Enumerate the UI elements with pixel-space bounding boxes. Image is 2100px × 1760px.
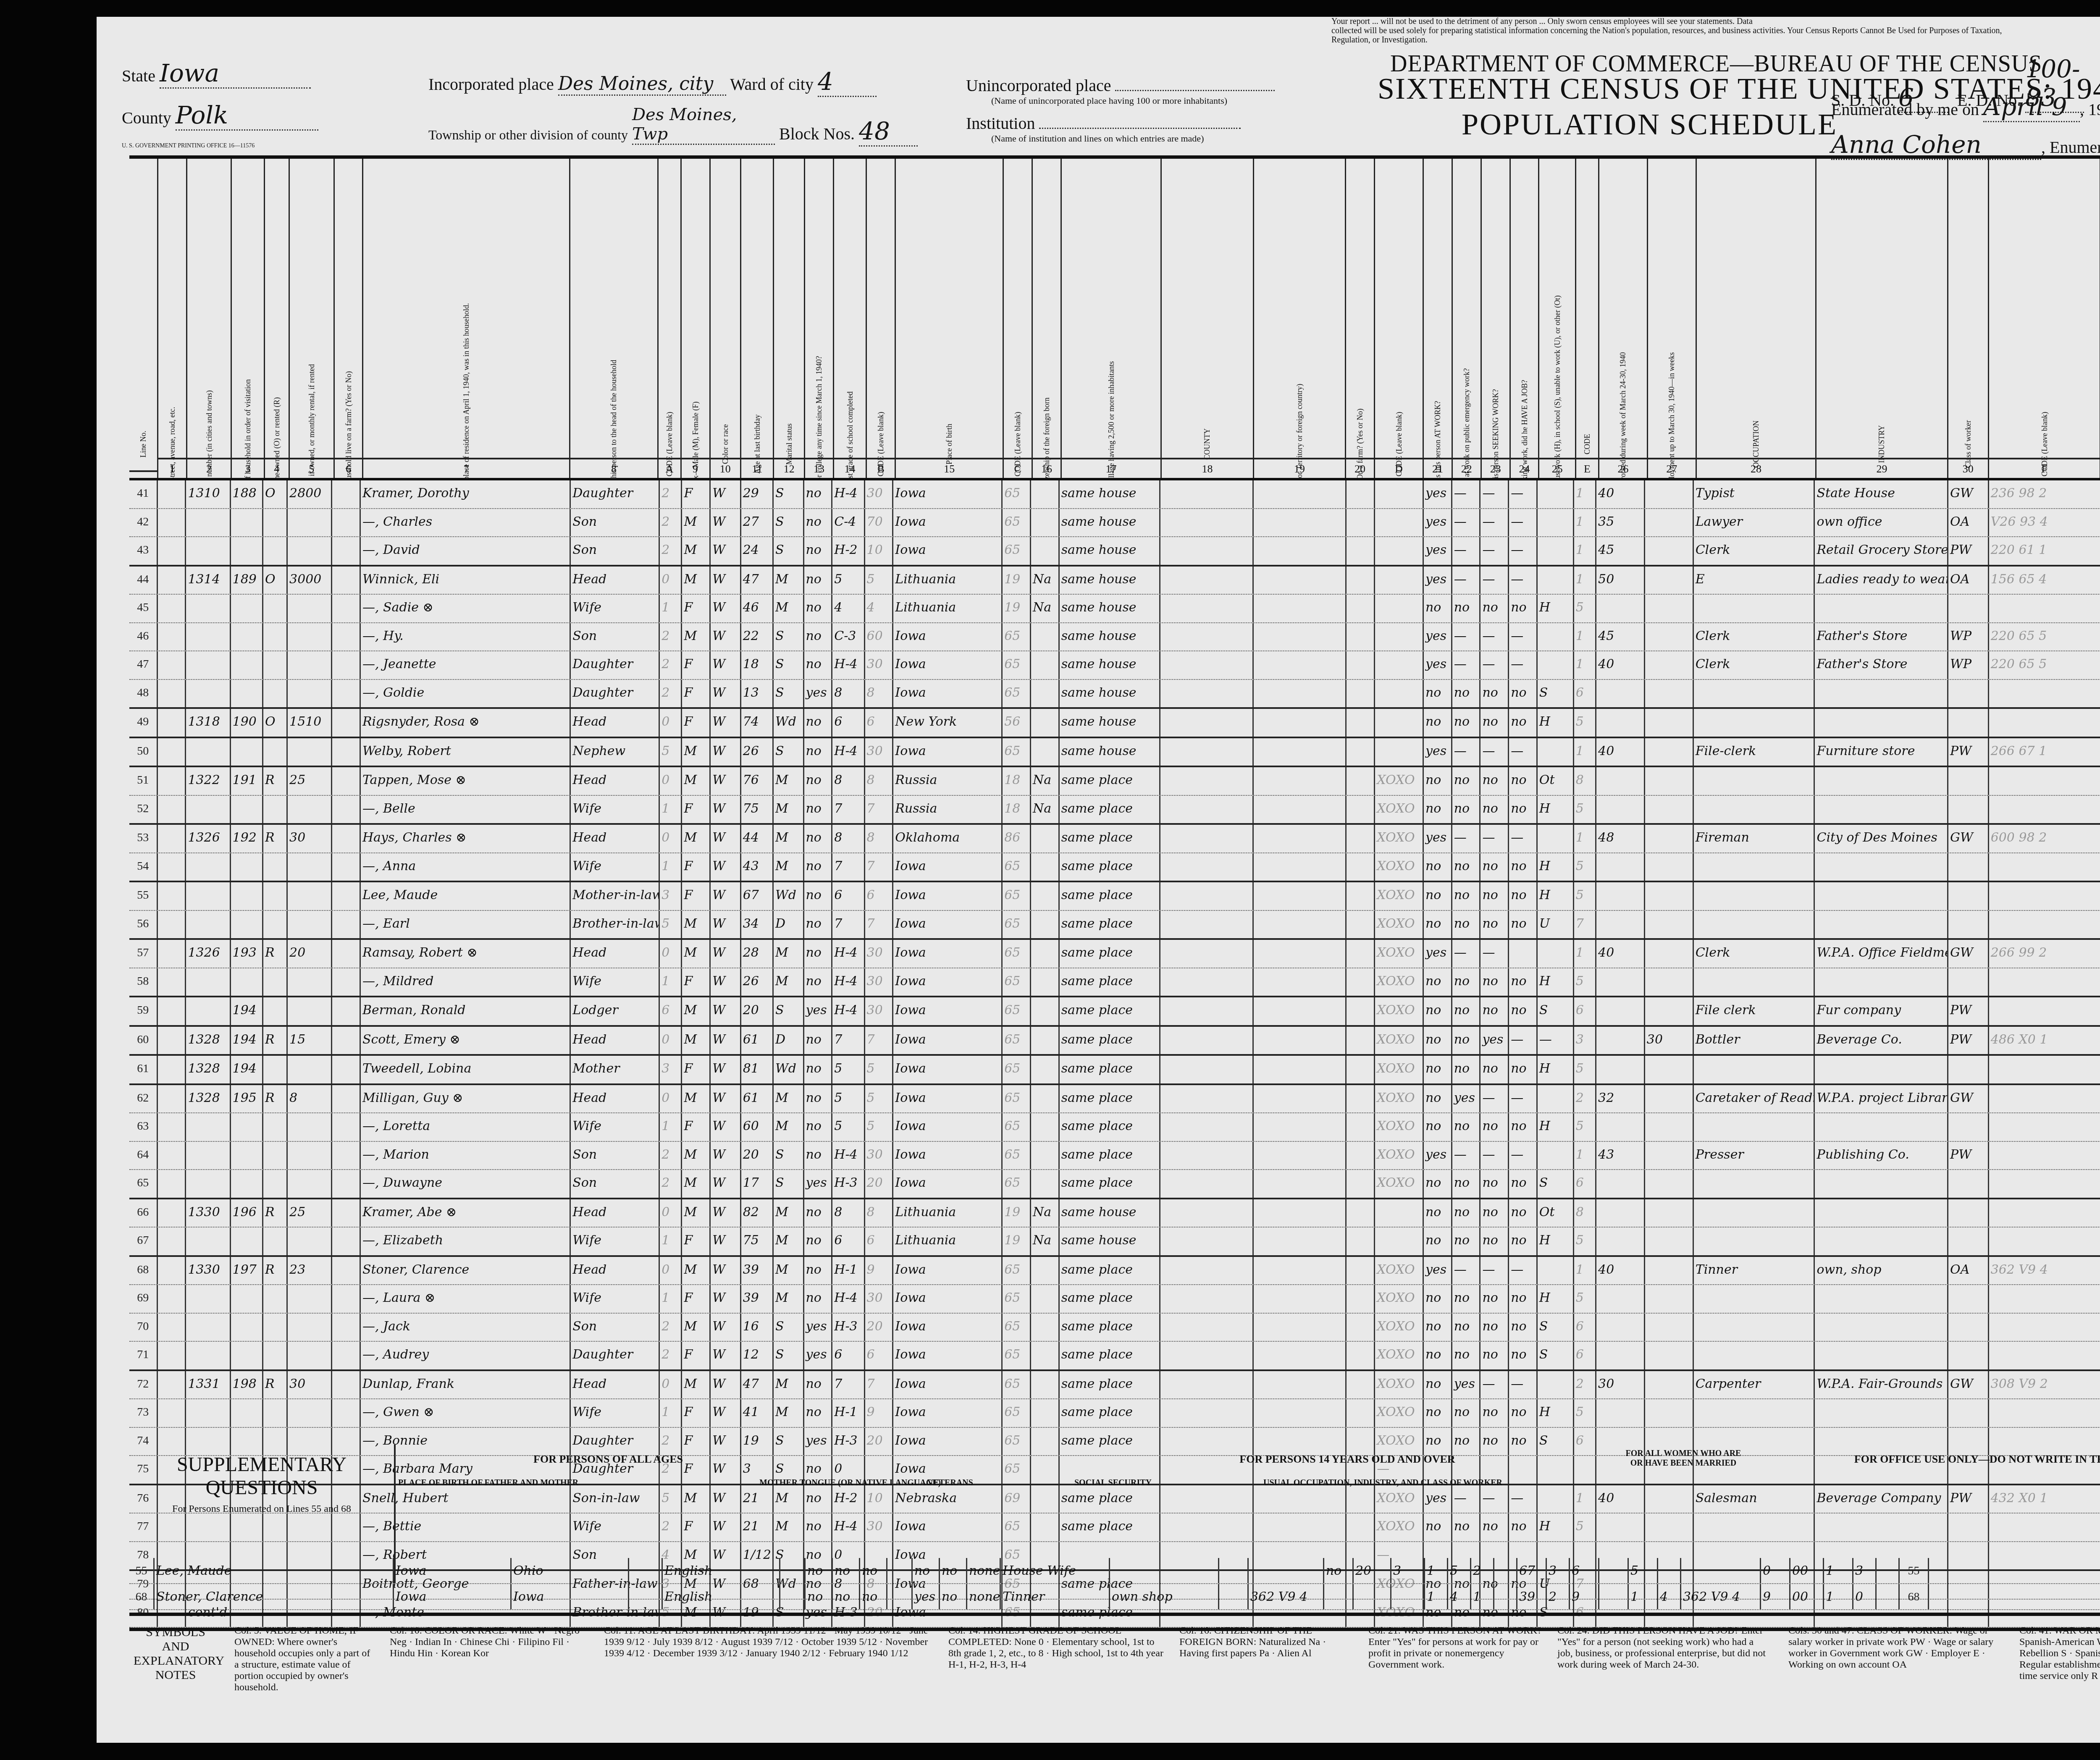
supp-cell-k: 1 <box>1425 1558 1448 1583</box>
cell-line: 43 <box>129 537 158 565</box>
cell-grade: 6 <box>832 1228 865 1255</box>
cell-street <box>158 1142 186 1170</box>
supp-cell-x: 1 <box>1824 1584 1853 1609</box>
cell-blank <box>1347 1342 1375 1369</box>
cell-codeE: 1 <box>1574 940 1596 968</box>
cell-name: Welby, Robert <box>361 738 571 766</box>
cell-codeD: XOXO <box>1375 940 1424 968</box>
cell-c23: no <box>1480 1399 1509 1427</box>
cell-cit <box>1031 1085 1060 1113</box>
cell-hrs <box>1596 882 1645 910</box>
cell-hh: 194 <box>231 997 263 1025</box>
cell-sex: M <box>682 825 711 852</box>
supp-cell-c47 <box>1219 1558 1249 1583</box>
cell-street <box>158 1314 186 1341</box>
state-field: State Iowa <box>122 59 311 89</box>
cell-race: W <box>711 1142 741 1170</box>
cell-c22: — <box>1452 940 1481 968</box>
cell-c25 <box>1538 623 1574 651</box>
cell-street <box>158 567 186 594</box>
cell-hrs <box>1596 968 1645 996</box>
cell-blank <box>1347 853 1375 881</box>
cell-blank <box>1347 709 1375 737</box>
cell-blank <box>1254 767 1347 795</box>
cell-value <box>288 911 332 939</box>
column-header-11: Age at last birthday11 <box>741 159 774 478</box>
cell-unemp <box>1645 567 1694 594</box>
cell-house <box>186 911 231 939</box>
cell-codeC: 65 <box>1003 968 1031 996</box>
cell-birth: Iowa <box>893 1170 1003 1198</box>
cell-ind <box>1815 911 1948 939</box>
cell-codeD <box>1375 680 1424 708</box>
population-table: Line No.Street, avenue, road, etc.1House… <box>129 155 2100 1631</box>
cell-age: 16 <box>741 1314 774 1341</box>
cell-mar: S <box>774 537 804 565</box>
cell-c22: — <box>1452 480 1481 508</box>
cell-c23: — <box>1480 1371 1509 1399</box>
column-header-28: OCCUPATION28 <box>1697 159 1816 478</box>
cell-codeE: 5 <box>1574 1228 1596 1255</box>
cell-blank <box>1347 623 1375 651</box>
note-col16: Col. 16. CITIZENSHIP OF THE FOREIGN BORN… <box>1179 1625 1347 1659</box>
cell-grade: 6 <box>832 882 865 910</box>
cell-name: —, Charles <box>361 509 571 537</box>
cell-sex: F <box>682 595 711 622</box>
supp-cell-c40: no <box>833 1558 860 1583</box>
cell-cls: PW <box>1948 1027 1989 1054</box>
cell-blank <box>1160 1199 1254 1227</box>
cell-c21: no <box>1424 997 1452 1025</box>
cell-value: 30 <box>288 1371 332 1399</box>
cell-blank <box>1347 1142 1375 1170</box>
supp-cell-c48 <box>1324 1584 1354 1609</box>
cell-race: W <box>711 1314 741 1341</box>
supp-cell-blank <box>629 1558 663 1583</box>
cell-name: —, Elizabeth <box>361 1228 571 1255</box>
cell-rel: Nephew <box>571 738 660 766</box>
cell-age: 47 <box>741 567 774 594</box>
cell-blank <box>1254 595 1347 622</box>
cell-house <box>186 882 231 910</box>
cell-cit <box>1031 1342 1060 1369</box>
cell-occ <box>1694 709 1815 737</box>
cell-occ <box>1694 911 1815 939</box>
cell-line: 62 <box>129 1085 158 1113</box>
table-row: 491318190O1510Rigsnyder, Rosa ⊗Head0FW74… <box>129 709 2100 738</box>
cell-sex: M <box>682 940 711 968</box>
cell-rel: Son <box>571 537 660 565</box>
cell-c21: no <box>1424 1399 1452 1427</box>
cell-house <box>186 1228 231 1255</box>
column-header-1: Street, avenue, road, etc.1 <box>158 159 187 478</box>
supp-cell-blank <box>629 1584 663 1609</box>
cell-blank <box>1254 651 1347 679</box>
cell-c24: — <box>1509 1257 1538 1285</box>
cell-rel: Mother <box>571 1056 660 1083</box>
cell-codeA: 3 <box>660 882 682 910</box>
cell-sex: F <box>682 796 711 824</box>
cell-codeE: 1 <box>1574 537 1596 565</box>
cell-grade: 5 <box>832 1085 865 1113</box>
cell-res: same house <box>1060 623 1161 651</box>
cell-grade: 8 <box>832 767 865 795</box>
cell-c24: no <box>1509 997 1538 1025</box>
cell-occ: E <box>1694 567 1815 594</box>
cell-birth: Iowa <box>893 853 1003 881</box>
cell-blank <box>1347 1027 1375 1054</box>
table-row: 531326192R30Hays, Charles ⊗Head0MW44Mno8… <box>129 825 2100 853</box>
cell-grade: 5 <box>832 1056 865 1083</box>
cell-mar: M <box>774 767 804 795</box>
cell-codeD: XOXO <box>1375 968 1424 996</box>
cell-hrs: 48 <box>1596 825 1645 852</box>
cell-hh <box>231 680 263 708</box>
cell-sch: no <box>804 796 833 824</box>
cell-name: Berman, Ronald <box>361 997 571 1025</box>
cell-cls: PW <box>1948 997 1989 1025</box>
cell-blank <box>1254 1113 1347 1141</box>
cell-c24: no <box>1509 1314 1538 1341</box>
cell-c21: yes <box>1424 940 1452 968</box>
cell-street <box>158 1027 186 1054</box>
cell-c21: no <box>1424 1285 1452 1313</box>
cell-race: W <box>711 480 741 508</box>
cell-street <box>158 882 186 910</box>
cell-house <box>186 997 231 1025</box>
cell-cit <box>1031 1371 1060 1399</box>
supp-cell-mother: Ohio <box>512 1558 629 1583</box>
cell-sch: no <box>804 1257 833 1285</box>
cell-unemp <box>1645 651 1694 679</box>
cell-name: —, Hy. <box>361 623 571 651</box>
cell-codeC: 65 <box>1003 623 1031 651</box>
cell-age: 18 <box>741 651 774 679</box>
cell-codeA: 3 <box>660 1056 682 1083</box>
supp-cell-father: Iowa <box>394 1558 512 1583</box>
column-header-30: Class of worker30 <box>1948 159 1989 478</box>
supp-cell-j <box>1249 1558 1324 1583</box>
cell-c25: S <box>1538 1314 1574 1341</box>
cell-codeC: 65 <box>1003 1142 1031 1170</box>
cell-grade: 7 <box>832 911 865 939</box>
cell-blank <box>1347 1257 1375 1285</box>
table-row: 621328195R8Milligan, Guy ⊗Head0MW61Mno55… <box>129 1085 2100 1114</box>
cell-codeA: 0 <box>660 1027 682 1054</box>
cell-codeA: 2 <box>660 680 682 708</box>
cell-cls: WP <box>1948 651 1989 679</box>
cell-ind <box>1815 709 1948 737</box>
cell-codeA: 2 <box>660 623 682 651</box>
cell-hrs <box>1596 709 1645 737</box>
cell-codeC: 65 <box>1003 1170 1031 1198</box>
cell-value <box>288 595 332 622</box>
cell-own <box>263 1399 288 1427</box>
cell-res: same place <box>1060 1399 1161 1427</box>
cell-farm <box>332 738 361 766</box>
cell-age: 44 <box>741 825 774 852</box>
cell-age: 13 <box>741 680 774 708</box>
cell-line: 57 <box>129 940 158 968</box>
cell-cit <box>1031 1399 1060 1427</box>
cell-c21: no <box>1424 709 1452 737</box>
cell-c24: no <box>1509 680 1538 708</box>
cell-codeD: XOXO <box>1375 911 1424 939</box>
cell-name: —, Loretta <box>361 1113 571 1141</box>
cell-hrs <box>1596 767 1645 795</box>
cell-sex: M <box>682 1199 711 1227</box>
cell-blank <box>1254 537 1347 565</box>
cell-codeB: 60 <box>865 623 894 651</box>
cell-blank <box>1160 738 1254 766</box>
cell-res: same place <box>1060 1170 1161 1198</box>
cell-c23: no <box>1480 997 1509 1025</box>
cell-c23: no <box>1480 853 1509 881</box>
cell-blank <box>1254 853 1347 881</box>
cell-age: 60 <box>741 1113 774 1141</box>
cell-birth: Iowa <box>893 1371 1003 1399</box>
cell-codeA: 1 <box>660 1113 682 1141</box>
cell-blank <box>1254 882 1347 910</box>
cell-farm <box>332 1399 361 1427</box>
cell-own: R <box>263 1085 288 1113</box>
cell-codeF: 236 98 2 <box>1989 480 2100 508</box>
cell-birth: Iowa <box>893 738 1003 766</box>
supp-cell-t <box>1658 1558 1681 1583</box>
table-row: 73—, Gwen ⊗Wife1FW41MnoH-19Iowa65same pl… <box>129 1399 2100 1428</box>
cell-birth: Iowa <box>893 1342 1003 1369</box>
cell-codeD <box>1375 595 1424 622</box>
cell-sch: no <box>804 1085 833 1113</box>
cell-cit: Na <box>1031 567 1060 594</box>
cell-mar: S <box>774 623 804 651</box>
cell-blank <box>1160 480 1254 508</box>
cell-cls: OA <box>1948 1257 1989 1285</box>
cell-occ <box>1694 1199 1815 1227</box>
cell-hrs: 40 <box>1596 940 1645 968</box>
cell-mar: Wd <box>774 882 804 910</box>
cell-c25: H <box>1538 595 1574 622</box>
cell-codeA: 0 <box>660 1257 682 1285</box>
cell-c22: no <box>1452 1342 1481 1369</box>
cell-value <box>288 1399 332 1427</box>
cell-res: same place <box>1060 1056 1161 1083</box>
cell-sex: F <box>682 709 711 737</box>
cell-c24: — <box>1509 1371 1538 1399</box>
cell-occ <box>1694 1285 1815 1313</box>
cell-hrs: 43 <box>1596 1142 1645 1170</box>
cell-house <box>186 738 231 766</box>
cell-sch: no <box>804 738 833 766</box>
note-col14: Col. 14. HIGHEST GRADE OF SCHOOL COMPLET… <box>948 1625 1167 1671</box>
cell-race: W <box>711 911 741 939</box>
cell-own <box>263 1228 288 1255</box>
cell-hh: 195 <box>231 1085 263 1113</box>
cell-sch: yes <box>804 997 833 1025</box>
cell-house <box>186 968 231 996</box>
cell-sex: M <box>682 1027 711 1054</box>
cell-unemp <box>1645 1170 1694 1198</box>
cell-c21: no <box>1424 680 1452 708</box>
cell-c23: — <box>1480 509 1509 537</box>
cell-age: 12 <box>741 1342 774 1369</box>
cell-codeD <box>1375 1199 1424 1227</box>
cell-line: 64 <box>129 1142 158 1170</box>
supp-cell-c41: no <box>860 1558 887 1583</box>
cell-race: W <box>711 709 741 737</box>
cell-sch: no <box>804 651 833 679</box>
cell-hh <box>231 509 263 537</box>
cell-codeA: 2 <box>660 537 682 565</box>
supp-cell-c44: none <box>967 1558 1001 1583</box>
cell-unemp <box>1645 1257 1694 1285</box>
supp-cell-q: 6 <box>1570 1558 1599 1583</box>
table-row: 611328194Tweedell, LobinaMother3FW81Wdno… <box>129 1056 2100 1085</box>
cell-sch: no <box>804 767 833 795</box>
cell-c23: — <box>1480 537 1509 565</box>
cell-grade: 5 <box>832 567 865 594</box>
cell-c22: no <box>1452 680 1481 708</box>
cell-rel: Wife <box>571 595 660 622</box>
supp-cell-z <box>1877 1584 1900 1609</box>
cell-house: 1330 <box>186 1257 231 1285</box>
cell-race: W <box>711 1257 741 1285</box>
cell-blank <box>1254 1142 1347 1170</box>
cell-codeE: 1 <box>1574 623 1596 651</box>
cell-race: W <box>711 796 741 824</box>
cell-codeA: 2 <box>660 651 682 679</box>
cell-farm <box>332 1056 361 1083</box>
cell-codeF <box>1989 595 2100 622</box>
cell-rel: Head <box>571 709 660 737</box>
cell-codeA: 2 <box>660 1170 682 1198</box>
cell-blank <box>1347 1314 1375 1341</box>
supp-cell-blank <box>780 1558 806 1583</box>
supp-cell-n <box>1494 1558 1517 1583</box>
cell-hrs: 40 <box>1596 1257 1645 1285</box>
supp-cell-r <box>1599 1558 1629 1583</box>
cell-own <box>263 623 288 651</box>
cell-sch: no <box>804 623 833 651</box>
cell-ind: own, shop <box>1815 1257 1948 1285</box>
column-header-8: Relationship of this person to the head … <box>570 159 659 478</box>
cell-value <box>288 623 332 651</box>
cell-c25 <box>1538 825 1574 852</box>
cell-birth: Iowa <box>893 1142 1003 1170</box>
cell-codeB: 5 <box>865 1113 894 1141</box>
cell-cit <box>1031 651 1060 679</box>
cell-birth: Iowa <box>893 882 1003 910</box>
cell-c24: no <box>1509 968 1538 996</box>
cell-own: R <box>263 767 288 795</box>
cell-codeD: XOXO <box>1375 997 1424 1025</box>
cell-codeF <box>1989 1342 2100 1369</box>
cell-name: —, Goldie <box>361 680 571 708</box>
cell-street <box>158 825 186 852</box>
cell-res: same place <box>1060 1113 1161 1141</box>
cell-c22: no <box>1452 911 1481 939</box>
cell-cit <box>1031 968 1060 996</box>
cell-age: 61 <box>741 1085 774 1113</box>
supp-cell-m: 1 <box>1471 1584 1494 1609</box>
cell-sex: M <box>682 911 711 939</box>
column-header-24: If not seeking work, did he HAVE A JOB?2… <box>1511 159 1540 478</box>
cell-mar: S <box>774 1314 804 1341</box>
cell-house: 1310 <box>186 480 231 508</box>
cell-c21: yes <box>1424 537 1452 565</box>
cell-res: same place <box>1060 1257 1161 1285</box>
cell-blank <box>1347 1399 1375 1427</box>
cell-codeE: 1 <box>1574 1142 1596 1170</box>
cell-ind <box>1815 853 1948 881</box>
cell-value <box>288 997 332 1025</box>
cell-blank <box>1160 1142 1254 1170</box>
supp-cell-c49: 20 <box>1354 1558 1391 1583</box>
cell-rel: Head <box>571 1371 660 1399</box>
cell-codeC: 18 <box>1003 767 1031 795</box>
cell-hrs: 40 <box>1596 480 1645 508</box>
cell-blank <box>1254 1342 1347 1369</box>
cell-codeC: 86 <box>1003 825 1031 852</box>
cell-codeB: 6 <box>865 1342 894 1369</box>
cell-blank <box>1254 1228 1347 1255</box>
cell-c22: — <box>1452 651 1481 679</box>
cell-c22: no <box>1452 997 1481 1025</box>
cell-name: Scott, Emery ⊗ <box>361 1027 571 1054</box>
cell-rel: Wife <box>571 853 660 881</box>
cell-codeE: 1 <box>1574 1257 1596 1285</box>
cell-name: —, Anna <box>361 853 571 881</box>
cell-birth: Iowa <box>893 1257 1003 1285</box>
cell-codeC: 65 <box>1003 997 1031 1025</box>
cell-codeC: 65 <box>1003 680 1031 708</box>
cell-farm <box>332 623 361 651</box>
cell-occ: Presser <box>1694 1142 1815 1170</box>
cell-race: W <box>711 825 741 852</box>
cell-c22: yes <box>1452 1371 1481 1399</box>
cell-street <box>158 853 186 881</box>
cell-c25 <box>1538 1085 1574 1113</box>
cell-c24: no <box>1509 709 1538 737</box>
cell-unemp <box>1645 1056 1694 1083</box>
cell-grade: H-4 <box>832 1285 865 1313</box>
cell-blank <box>1160 1371 1254 1399</box>
cell-hh: 194 <box>231 1027 263 1054</box>
cell-rel: Mother-in-law <box>571 882 660 910</box>
table-row: 69—, Laura ⊗Wife1FW39MnoH-430Iowa65same … <box>129 1285 2100 1314</box>
cell-ind <box>1815 1342 1948 1369</box>
column-header-18: COUNTY18 <box>1162 159 1254 478</box>
cell-house <box>186 1142 231 1170</box>
cell-codeB: 8 <box>865 680 894 708</box>
cell-occ <box>1694 853 1815 881</box>
cell-c24: — <box>1509 1027 1538 1054</box>
cell-value: 8 <box>288 1085 332 1113</box>
cell-blank <box>1254 1257 1347 1285</box>
cell-hrs: 32 <box>1596 1085 1645 1113</box>
cell-house: 1326 <box>186 825 231 852</box>
cell-blank <box>1347 882 1375 910</box>
cell-sch: no <box>804 1027 833 1054</box>
cell-occ: File clerk <box>1694 997 1815 1025</box>
cell-house: 1328 <box>186 1056 231 1083</box>
table-row: 65—, DuwayneSon2MW17SyesH-320Iowa65same … <box>129 1170 2100 1199</box>
cell-c24: no <box>1509 767 1538 795</box>
cell-c23: no <box>1480 968 1509 996</box>
cell-farm <box>332 1170 361 1198</box>
cell-c25 <box>1538 1142 1574 1170</box>
cell-blank <box>1347 767 1375 795</box>
